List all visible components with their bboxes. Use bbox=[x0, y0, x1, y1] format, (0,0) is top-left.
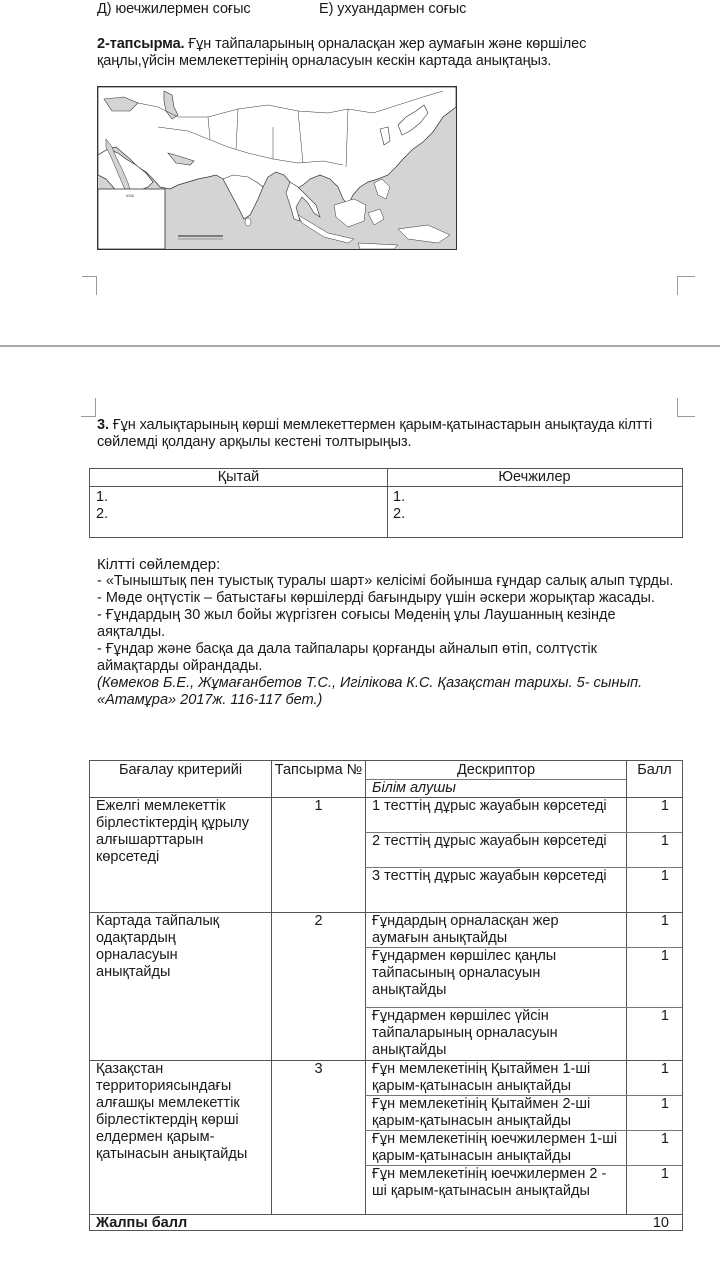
table-divider bbox=[271, 761, 272, 1214]
score-cell: 1 bbox=[627, 1131, 669, 1148]
score-cell: 1 bbox=[627, 913, 669, 930]
task3-text: Ғұн халықтарының көрші мемлекеттермен қа… bbox=[97, 417, 652, 450]
cell-yuezhi-items[interactable]: 1. 2. bbox=[387, 487, 682, 525]
key-sentences-title: Кілтті сөйлемдер: bbox=[97, 556, 682, 573]
header-score: Балл bbox=[627, 762, 682, 779]
outline-map-asia: ASIA bbox=[97, 86, 457, 250]
descriptor-cell: 2 тесттің дұрыс жауабын көрсетеді bbox=[372, 833, 622, 850]
page-corner-mark bbox=[677, 398, 695, 417]
score-cell: 1 bbox=[627, 1166, 669, 1183]
task2-label: 2-тапсырма. bbox=[97, 36, 184, 52]
descriptor-cell: Ғұндардың орналасқан жер аумағын анықтай… bbox=[372, 913, 597, 947]
page-corner-mark bbox=[82, 276, 97, 295]
cell-china-2[interactable]: 2. bbox=[96, 506, 381, 523]
column-header-china: Қытай bbox=[90, 469, 387, 487]
column-yuezhi: Юечжилер 1. 2. bbox=[387, 469, 682, 537]
column-china: Қытай 1. 2. bbox=[90, 469, 388, 537]
task3-instruction: 3. Ғұн халықтарының көрші мемлекеттермен… bbox=[97, 417, 677, 451]
score-cell: 1 bbox=[627, 1061, 669, 1078]
cell-china-1[interactable]: 1. bbox=[96, 489, 381, 506]
descriptor-cell: Ғұн мемлекетінің Қытаймен 1-ші қарым-қат… bbox=[372, 1061, 624, 1095]
key-sentence: - Ғұндар және басқа да дала тайпалары қо… bbox=[97, 641, 682, 675]
cell-yuezhi-1[interactable]: 1. bbox=[393, 489, 676, 506]
descriptor-cell: Ғұн мемлекетінің юечжилермен 2 - ші қары… bbox=[372, 1166, 624, 1200]
relations-table: Қытай 1. 2. Юечжилер 1. 2. bbox=[89, 468, 683, 538]
descriptor-cell: Ғұндармен көршілес қаңлы тайпасының орна… bbox=[372, 948, 597, 999]
assessment-table: Бағалау критерийі Тапсырма № Дескриптор … bbox=[89, 760, 683, 1231]
score-cell: 1 bbox=[627, 948, 669, 965]
key-sentences: Кілтті сөйлемдер: - «Тыныштық пен туысты… bbox=[97, 556, 682, 709]
key-sentence: - Ғұндардың 30 жыл бойы жүргізген соғысы… bbox=[97, 607, 682, 641]
key-sentence: - Мөде оңтүстік – батыстағы көршілерді б… bbox=[97, 590, 682, 607]
score-cell: 1 bbox=[627, 1096, 669, 1113]
header-task-no: Тапсырма № bbox=[272, 762, 365, 779]
table-divider bbox=[365, 761, 366, 1214]
criteria-cell: Картада тайпалық одақтардың орналасуын а… bbox=[96, 913, 246, 981]
option-d: Д) юечжилермен соғыс bbox=[97, 1, 251, 18]
map-graphic: ASIA bbox=[98, 87, 456, 249]
task-no-cell: 2 bbox=[272, 913, 365, 930]
task-no-cell: 1 bbox=[272, 798, 365, 815]
descriptor-cell: Ғұн мемлекетінің юечжилермен 1-ші қарым-… bbox=[372, 1131, 624, 1165]
descriptor-cell: Ғұндармен көршілес үйсін тайпаларының ор… bbox=[372, 1008, 597, 1059]
header-descriptor: Дескриптор bbox=[366, 762, 626, 779]
header-criteria: Бағалау критерийі bbox=[90, 762, 271, 779]
descriptor-cell: 3 тесттің дұрыс жауабын көрсетеді bbox=[372, 868, 622, 885]
task3-label: 3. bbox=[97, 417, 109, 433]
key-sentence: - «Тыныштық пен туыстық туралы шарт» кел… bbox=[97, 573, 682, 590]
citation: (Көмеков Б.Е., Жұмағанбетов Т.С., Игілік… bbox=[97, 675, 682, 709]
task-no-cell: 3 bbox=[272, 1061, 365, 1078]
option-e: Е) ухуандармен соғыс bbox=[319, 1, 466, 18]
score-cell: 1 bbox=[627, 833, 669, 850]
header-descriptor-sub: Білім алушы bbox=[372, 780, 622, 797]
score-cell: 1 bbox=[627, 798, 669, 815]
task2-instruction: 2-тапсырма. Ғұн тайпаларының орналасқан … bbox=[97, 36, 657, 70]
score-cell: 1 bbox=[627, 868, 669, 885]
criteria-cell: Ежелгі мемлекеттік бірлестіктердің құрыл… bbox=[96, 798, 268, 866]
column-header-yuezhi: Юечжилер bbox=[387, 469, 682, 487]
svg-text:ASIA: ASIA bbox=[126, 194, 135, 198]
cell-yuezhi-2[interactable]: 2. bbox=[393, 506, 676, 523]
score-cell: 1 bbox=[627, 1008, 669, 1025]
total-score: 10 bbox=[627, 1215, 669, 1232]
descriptor-cell: 1 тесттің дұрыс жауабын көрсетеді bbox=[372, 798, 622, 815]
page-corner-mark bbox=[677, 276, 695, 295]
page-separator bbox=[0, 345, 720, 347]
descriptor-cell: Ғұн мемлекетінің Қытаймен 2-ші қарым-қат… bbox=[372, 1096, 624, 1130]
total-label: Жалпы балл bbox=[96, 1215, 187, 1232]
criteria-cell: Қазақстан территориясындағы алғашқы мемл… bbox=[96, 1061, 268, 1163]
cell-china-items[interactable]: 1. 2. bbox=[90, 487, 387, 525]
page-corner-mark bbox=[81, 398, 96, 417]
